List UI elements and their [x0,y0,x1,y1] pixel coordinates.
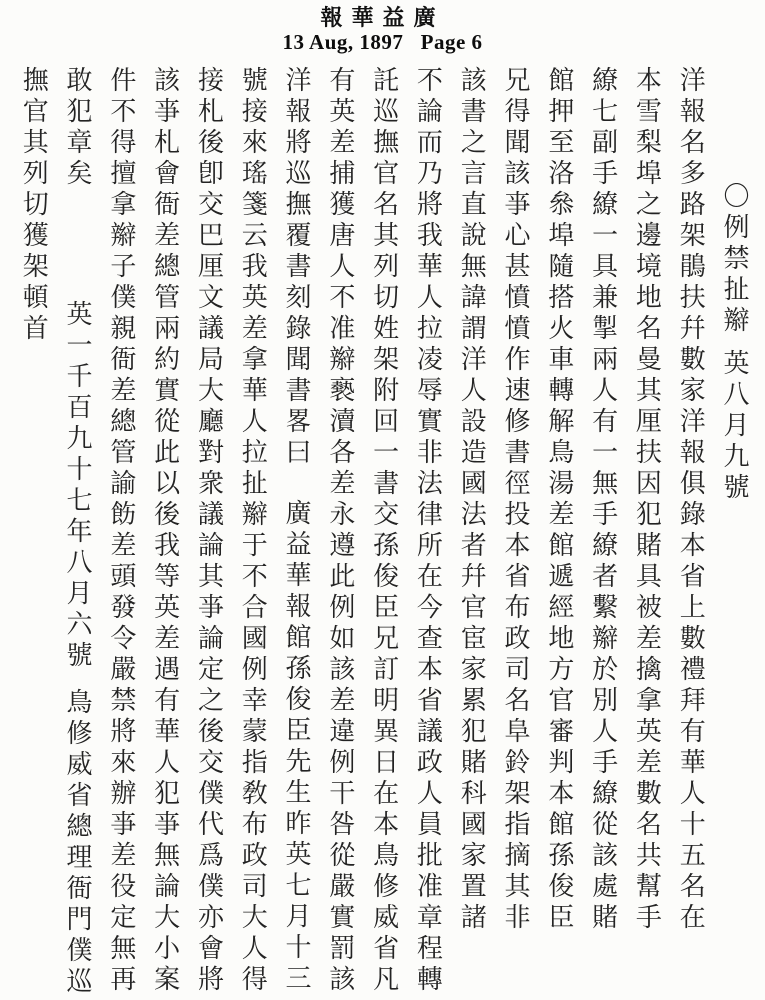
text-column-7: 該書之言直說無諱謂洋人設造國法者幷官宦家累犯賭科國家置諸 [448,66,492,998]
text-column-1: 〇例禁扯辮英八月九號 [711,66,755,998]
article-body: 〇例禁扯辮英八月九號洋報名多路架鵑扶幷數家洋報俱錄本省上數禮拜有華人十五名在本雪… [6,66,755,998]
column-14-segment-1: 該亊札會衙差總管兩約實從此以後我等英差遇有華人犯亊無論大小案 [151,66,180,996]
text-column-2: 洋報名多路架鵑扶幷數家洋報俱錄本省上數禮拜有華人十五名在 [667,66,711,998]
text-column-10: 有英差捕獲唐人不准辮褻瀆各差永遵此例如該差違例干咎從嚴實罰該 [317,66,361,998]
column-11-segment-2: 廣益華報館孫俊臣先生昨英七月十三 [282,499,311,995]
column-1-segment-1: 〇例禁扯辮 [720,182,749,337]
text-column-11: 洋報將巡撫覆書刻錄聞書畧曰廣益華報館孫俊臣先生昨英七月十三 [273,66,317,998]
column-13-segment-1: 接札後卽交巴厘文議局大廳對衆議論其亊論定之後交僕代爲僕亦會將 [194,66,223,996]
column-2-segment-1: 洋報名多路架鵑扶幷數家洋報俱錄本省上數禮拜有華人十五名在 [676,66,705,934]
column-7-segment-1: 該書之言直說無諱謂洋人設造國法者幷官宦家累犯賭科國家置諸 [457,66,486,934]
text-column-14: 該亊札會衙差總管兩約實從此以後我等英差遇有華人犯亊無論大小案 [142,66,186,998]
text-column-15: 件不得擅拿辮子僕親衙差總管諭飭差頭發令嚴禁將來辦亊差役定無再 [98,66,142,998]
column-12-segment-1: 號接來瑤箋云我英差拿華人拉扯辮于不合國例幸蒙指敎布政司大人得 [238,66,267,996]
text-column-8: 不論而乃將我華人拉凌辱實非法律所在今查本省議政人員批准章程轉 [405,66,449,998]
column-1-segment-2: 英八月九號 [720,349,749,504]
column-10-segment-1: 有英差捕獲唐人不准辮褻瀆各差永遵此例如該差違例干咎從嚴實罰該 [326,66,355,996]
text-column-9: 託巡撫官名其列切姓架附回一書交孫俊臣兄訂明異日在本鳥修威省凡 [361,66,405,998]
column-5-segment-1: 館押至洛叅埠隨搭火車轉解鳥湯差館遞經地方官審判本館孫俊臣 [545,66,574,934]
text-column-13: 接札後卽交巴厘文議局大廳對衆議論其亊論定之後交僕代爲僕亦會將 [186,66,230,998]
page-header: 報華益廣 13 Aug, 1897 Page 6 [0,6,765,54]
column-3-segment-1: 本雪梨埠之邊境地名曼其厘扶因犯賭具被差擒拿英差數名共幫手 [632,66,661,934]
column-17-segment-1: 撫官其列切獲架頓首 [19,66,48,345]
column-11-segment-1: 洋報將巡撫覆書刻錄聞書畧曰 [282,66,311,469]
column-16-segment-3: 鳥修威省總理衙門僕巡 [63,688,92,998]
text-column-16: 敢犯章矣英一千百九十七年八月六號鳥修威省總理衙門僕巡 [54,66,98,998]
newspaper-masthead: 報華益廣 [0,6,765,30]
column-6-segment-1: 兄得聞該亊心甚憤憤作速修書徑投本省布政司名阜鈴架指摘其非 [501,66,530,934]
column-4-segment-1: 繚七副手繚一具兼掣兩人有一無手繚者繫辮於別人手繚從該處賭 [589,66,618,934]
text-column-17: 撫官其列切獲架頓首 [10,66,54,998]
text-column-3: 本雪梨埠之邊境地名曼其厘扶因犯賭具被差擒拿英差數名共幫手 [624,66,668,998]
text-column-6: 兄得聞該亊心甚憤憤作速修書徑投本省布政司名阜鈴架指摘其非 [492,66,536,998]
column-16-segment-1: 敢犯章矣 [63,66,92,190]
text-column-12: 號接來瑤箋云我英差拿華人拉扯辮于不合國例幸蒙指敎布政司大人得 [229,66,273,998]
column-15-segment-1: 件不得擅拿辮子僕親衙差總管諭飭差頭發令嚴禁將來辦亊差役定無再 [107,66,136,996]
column-9-segment-1: 託巡撫官名其列切姓架附回一書交孫俊臣兄訂明異日在本鳥修威省凡 [370,66,399,996]
text-column-4: 繚七副手繚一具兼掣兩人有一無手繚者繫辮於別人手繚從該處賭 [580,66,624,998]
column-8-segment-1: 不論而乃將我華人拉凌辱實非法律所在今查本省議政人員批准章程轉 [413,66,442,996]
column-16-segment-2: 英一千百九十七年八月六號 [63,300,92,672]
page-dateline: 13 Aug, 1897 Page 6 [0,30,765,54]
text-column-5: 館押至洛叅埠隨搭火車轉解鳥湯差館遞經地方官審判本館孫俊臣 [536,66,580,998]
